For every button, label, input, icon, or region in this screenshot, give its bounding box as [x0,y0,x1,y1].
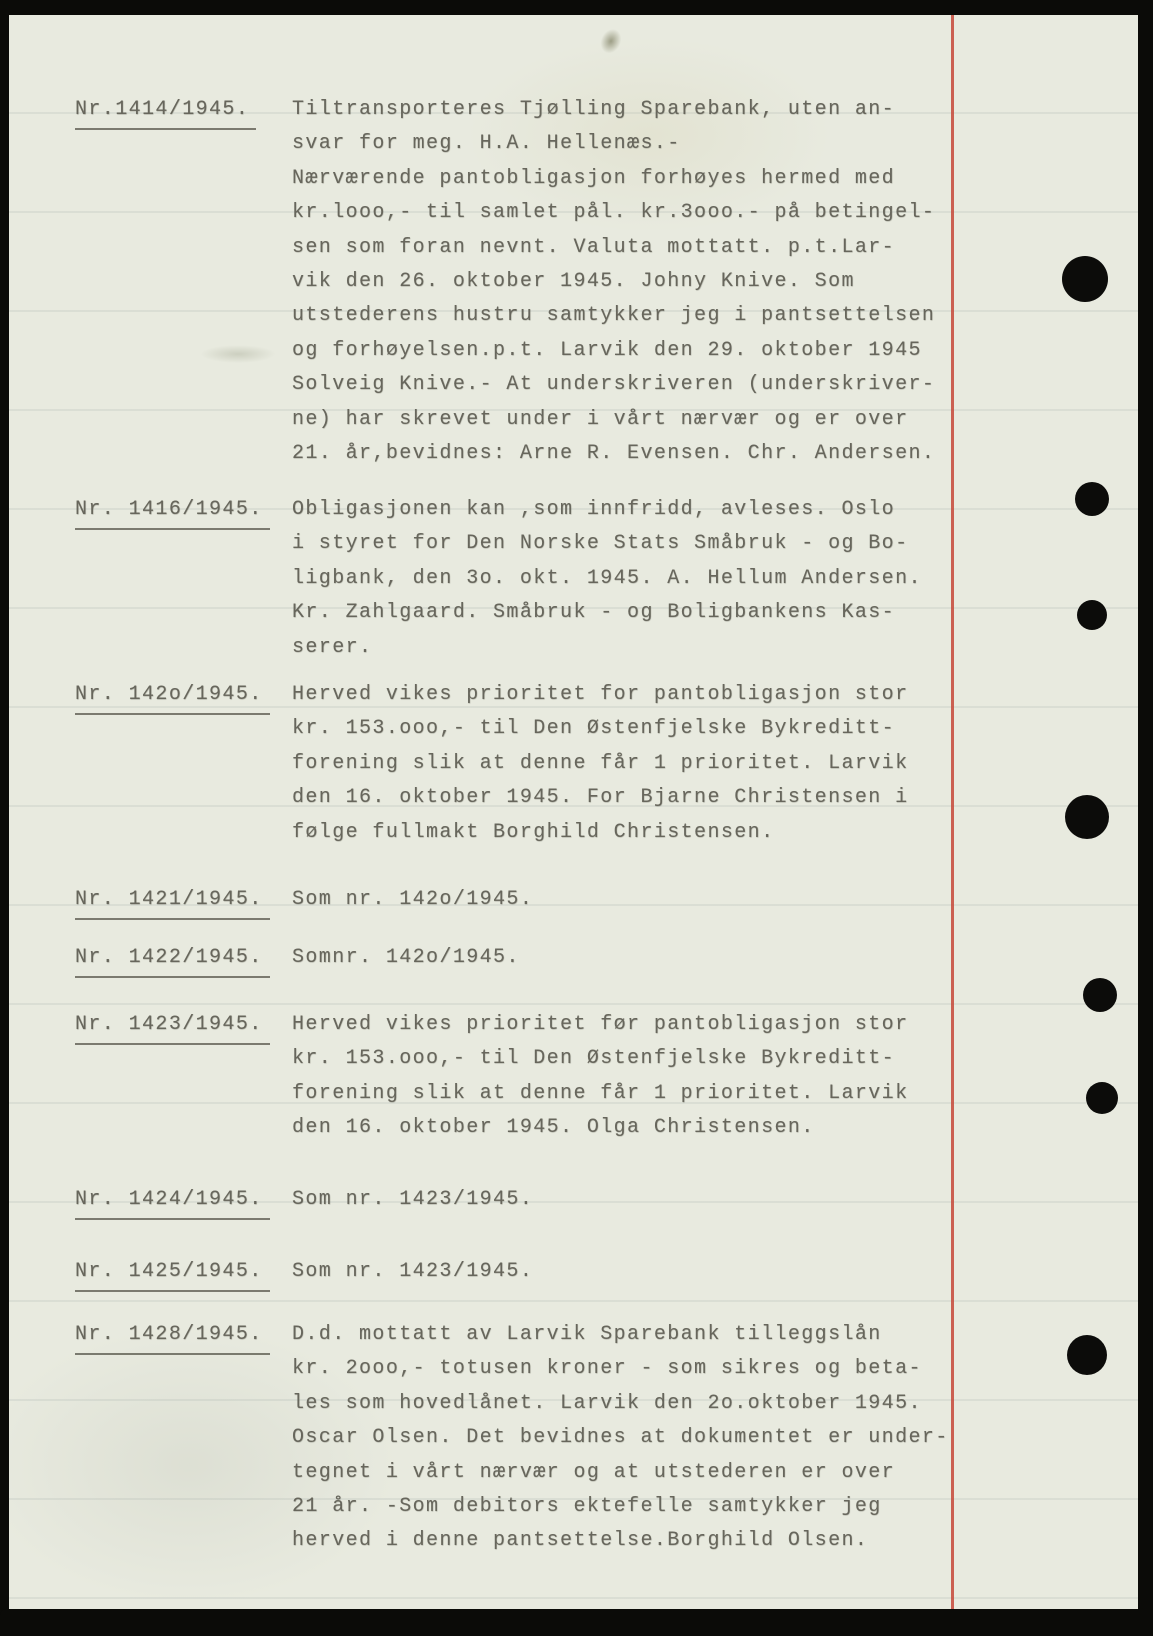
entry-number-text: Nr. 1421/1945. [75,883,270,920]
entry-number-text: Nr. 1428/1945. [75,1318,270,1355]
entry-text-line: vik den 26. oktober 1945. Johny Knive. S… [292,265,972,299]
entry-text: Obligasjonen kan ,som innfridd, avleses.… [292,493,972,665]
entry-number: Nr. 1421/1945. [75,883,270,920]
entry-number-text: Nr. 1425/1945. [75,1255,270,1292]
binder-punch-hole [1067,1335,1107,1375]
binder-punch-hole [1062,256,1108,302]
entry-number-text: Nr. 1424/1945. [75,1183,270,1220]
entry-text-line: forening slik at denne får 1 prioritet. … [292,1077,972,1111]
entry-text-line: forening slik at denne får 1 prioritet. … [292,747,972,781]
entry-text-line: Obligasjonen kan ,som innfridd, avleses.… [292,493,972,527]
entry-number-text: Nr. 1422/1945. [75,941,270,978]
entry-text-line: les som hovedlånet. Larvik den 2o.oktobe… [292,1387,972,1421]
entry-text-line: ligbank, den 3o. okt. 1945. A. Hellum An… [292,562,972,596]
entry-number: Nr. 1423/1945. [75,1008,270,1045]
entry-text: Somnr. 142o/1945. [292,941,972,975]
entry-text-line: tegnet i vårt nærvær og at utstederen er… [292,1456,972,1490]
entry-text-line: 21. år,bevidnes: Arne R. Evensen. Chr. A… [292,437,972,471]
entry-number-text: Nr. 142o/1945. [75,678,270,715]
entry-text-line: serer. [292,631,972,665]
entry-text-line: Oscar Olsen. Det bevidnes at dokumentet … [292,1421,972,1455]
entry-number-text: Nr.1414/1945. [75,93,256,130]
binder-punch-hole [1083,978,1117,1012]
entry-text-line: kr.looo,- til samlet pål. kr.3ooo.- på b… [292,196,972,230]
entry-text-line: svar for meg. H.A. Hellenæs.- [292,127,972,161]
entry-text-line: Som nr. 142o/1945. [292,883,972,917]
entry-text-line: den 16. oktober 1945. Olga Christensen. [292,1111,972,1145]
entry-text-line: Somnr. 142o/1945. [292,941,972,975]
entry-number: Nr. 1422/1945. [75,941,270,978]
entry-text-line: følge fullmakt Borghild Christensen. [292,816,972,850]
entry-text-line: Herved vikes prioritet for pantobligasjo… [292,678,972,712]
entry-text: Som nr. 142o/1945. [292,883,972,917]
entry-text-line: kr. 153.ooo,- til Den Østenfjelske Bykre… [292,712,972,746]
entry-text-line: og forhøyelsen.p.t. Larvik den 29. oktob… [292,334,972,368]
entry-text-line: i styret for Den Norske Stats Småbruk - … [292,527,972,561]
entry-text-line: Tiltransporteres Tjølling Sparebank, ute… [292,93,972,127]
binder-punch-hole [1065,795,1109,839]
scan-edge-bottom [0,1609,1153,1636]
entry-text: Herved vikes prioritet for pantobligasjo… [292,678,972,850]
entry-text-line: Nærværende pantobligasjon forhøyes herme… [292,162,972,196]
entry-number: Nr. 1416/1945. [75,493,270,530]
entry-text-line: Solveig Knive.- At underskriveren (under… [292,368,972,402]
entry-number: Nr. 1428/1945. [75,1318,270,1355]
scan-edge-right [1138,0,1153,1636]
entry-text-line: kr. 2ooo,- totusen kroner - som sikres o… [292,1352,972,1386]
entry-text: Herved vikes prioritet før pantobligasjo… [292,1008,972,1146]
entry-text-line: Herved vikes prioritet før pantobligasjo… [292,1008,972,1042]
entry-text-line: sen som foran nevnt. Valuta mottatt. p.t… [292,231,972,265]
scan-edge-left [0,0,9,1636]
entry-text-line: D.d. mottatt av Larvik Sparebank tillegg… [292,1318,972,1352]
binder-punch-hole [1086,1082,1118,1114]
entry-text: Tiltransporteres Tjølling Sparebank, ute… [292,93,972,471]
entry-number: Nr.1414/1945. [75,93,256,130]
entry-text-line: kr. 153.ooo,- til Den Østenfjelske Bykre… [292,1042,972,1076]
entry-text-line: 21 år. -Som debitors ektefelle samtykker… [292,1490,972,1524]
entry-text: Som nr. 1423/1945. [292,1255,972,1289]
entry-text-line: herved i denne pantsettelse.Borghild Ols… [292,1524,972,1558]
scanned-document-page: Nr.1414/1945.Tiltransporteres Tjølling S… [0,0,1153,1636]
entry-text-line: Som nr. 1423/1945. [292,1183,972,1217]
entry-number: Nr. 1425/1945. [75,1255,270,1292]
entry-number-text: Nr. 1416/1945. [75,493,270,530]
entry-text-line: ne) har skrevet under i vårt nærvær og e… [292,403,972,437]
binder-punch-hole [1075,482,1109,516]
entry-number-text: Nr. 1423/1945. [75,1008,270,1045]
entry-number: Nr. 142o/1945. [75,678,270,715]
entry-text: Som nr. 1423/1945. [292,1183,972,1217]
binder-punch-hole [1077,600,1107,630]
entry-number: Nr. 1424/1945. [75,1183,270,1220]
entry-text-line: Som nr. 1423/1945. [292,1255,972,1289]
entry-text-line: Kr. Zahlgaard. Småbruk - og Boligbankens… [292,596,972,630]
scan-edge-top [0,0,1153,15]
entry-text-line: utstederens hustru samtykker jeg i pants… [292,299,972,333]
entry-text: D.d. mottatt av Larvik Sparebank tillegg… [292,1318,972,1559]
entry-text-line: den 16. oktober 1945. For Bjarne Christe… [292,781,972,815]
